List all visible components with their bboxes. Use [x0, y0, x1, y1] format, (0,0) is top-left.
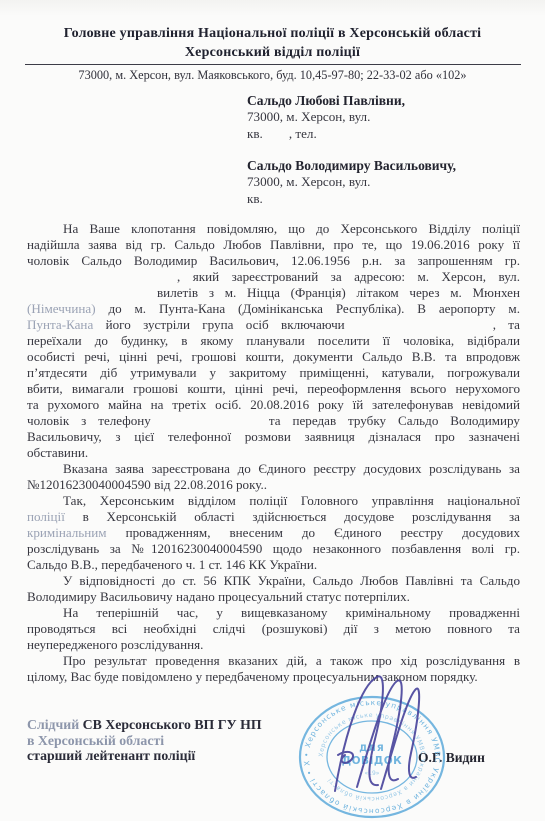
text-segment: Слідчий: [27, 717, 83, 732]
text-segment: 73000, м. Херсон, вул.: [247, 174, 370, 189]
redacted-gap: [151, 424, 269, 425]
body-line: , який зареєстрований за адресою: м. Хер…: [27, 269, 520, 285]
text-segment: У відповідності до ст. 56 КПК України, С…: [63, 573, 520, 588]
redacted-gap: [263, 137, 289, 138]
text-segment: неупередженого розслідування.: [27, 637, 203, 652]
body-line: На теперішній час, у вищевказаному кримі…: [27, 605, 520, 621]
text-segment: переїхали до будинку, в якому планували …: [27, 333, 520, 348]
signature-line: старший лейтенант поліції: [27, 748, 327, 764]
stamp-and-signature: • Херсонське міське управління УМВС Укра…: [283, 663, 469, 821]
text-segment: Сальдо В.В., передбаченого ч. 1 ст. 146 …: [27, 557, 317, 572]
text-segment: Так, Херсонським відділом поліції Головн…: [63, 493, 520, 508]
text-segment: кримінальним: [27, 525, 107, 540]
text-segment: п’ятдесяти діб утримували у закритому пр…: [27, 365, 520, 380]
paragraph: У відповідності до ст. 56 КПК України, С…: [27, 573, 520, 605]
text-segment: кв.: [247, 191, 263, 206]
paragraph: Вказана заява зареєстрована до Єдиного р…: [27, 461, 520, 493]
org-name: Головне управління Національної поліції …: [0, 24, 545, 43]
text-segment: 73000, м. Херсон, вул.: [247, 109, 370, 124]
body-line: чоловік з телефонута передав трубку Саль…: [27, 413, 520, 429]
body-line: Сальдо В.В., передбаченого ч. 1 ст. 146 …: [27, 557, 520, 573]
recipient-address-line: кв., тел.: [247, 126, 517, 143]
body-line: Пунта-Кана його зустріли група осіб вклю…: [27, 317, 520, 333]
text-segment: СВ Херсонського ВП ГУ НП: [83, 717, 262, 732]
recipient-name: Сальдо Володимиру Васильовичу,: [247, 157, 517, 174]
recipients: Сальдо Любові Павлівни,73000, м. Херсон,…: [247, 92, 517, 222]
text-segment: , який зареєстрований за адресою: м. Хер…: [177, 269, 520, 284]
recipient-address-line: 73000, м. Херсон, вул.: [247, 174, 517, 191]
recipient-name: Сальдо Любові Павлівни,: [247, 92, 517, 109]
body-line: проводяться всі необхідні слідчі (розшук…: [27, 621, 520, 637]
recipient-address-line: 73000, м. Херсон, вул.: [247, 109, 517, 126]
signature-block: Слідчий СВ Херсонського ВП ГУ НПв Херсон…: [27, 717, 327, 764]
text-segment: , та: [493, 317, 520, 332]
redacted-gap: [27, 296, 157, 297]
recipient-address-line: кв.: [247, 191, 517, 208]
paragraph: На теперішній час, у вищевказаному кримі…: [27, 605, 520, 653]
text-segment: №12016230040004590 від 22.08.2016 року..: [27, 477, 267, 492]
text-segment: проводяться всі необхідні слідчі (розшук…: [27, 621, 520, 636]
text-segment: Вказана заява зареєстрована до Єдиного р…: [63, 461, 520, 476]
text-segment: кв.: [247, 126, 263, 141]
text-segment: до м. Пунта-Кана (Домініканська Республі…: [96, 301, 520, 316]
body-line: №12016230040004590 від 22.08.2016 року..: [27, 477, 520, 493]
redacted-gap: [345, 328, 493, 329]
text-segment: Володимиру Васильовичу надано процесуаль…: [27, 589, 410, 604]
text-segment: старший лейтенант поліції: [27, 748, 195, 763]
body-line: Володимиру Васильовичу надано процесуаль…: [27, 589, 520, 605]
body-line: На Ваше клопотання повідомляю, що до Хер…: [27, 221, 520, 237]
body-line: Вказана заява зареєстрована до Єдиного р…: [27, 461, 520, 477]
text-segment: Васильовичу, з цієї телефонної розмови з…: [27, 429, 520, 444]
text-segment: в Херсонській області: [27, 733, 164, 748]
body-line: Так, Херсонським відділом поліції Головн…: [27, 493, 520, 509]
body-line: розслідувань за №12016230040004590 щодо …: [27, 541, 520, 557]
text-segment: в Херсонській області здійснюється досуд…: [65, 509, 520, 524]
division-name: Херсонський відділ поліції: [0, 43, 545, 62]
body-line: (Німеччина) до м. Пунта-Кана (Домініканс…: [27, 301, 520, 317]
text-segment: його зустріли група осіб включаючи: [93, 317, 344, 332]
text-segment: та передав трубку Сальдо Володимиру: [269, 413, 520, 428]
text-segment: Пунта-Кана: [27, 317, 93, 332]
text-segment: та рухомого майна на третіх осіб. 20.08.…: [27, 397, 520, 412]
text-segment: На Ваше клопотання повідомляю, що до Хер…: [63, 221, 520, 236]
text-segment: На теперішній час, у вищевказаному кримі…: [63, 605, 520, 620]
body-line: обставини.: [27, 445, 520, 461]
text-segment: надійшла заява від гр. Сальдо Любов Павл…: [27, 237, 520, 252]
body-line: Васильовичу, з цієї телефонної розмови з…: [27, 429, 520, 445]
text-segment: вбити, вимагали грошові кошти, цінні реч…: [27, 381, 520, 396]
text-segment: провадженням, внесеним до Єдиного реєстр…: [107, 525, 520, 540]
stamp-center-line3: «19»: [365, 770, 380, 777]
text-segment: поліції: [27, 509, 65, 524]
document-page: { "document": { "header": { "org_name": …: [0, 0, 545, 821]
text-segment: обставини.: [27, 445, 88, 460]
text-segment: чоловік з телефону: [27, 413, 151, 428]
recipient-block: Сальдо Любові Павлівни,73000, м. Херсон,…: [247, 92, 517, 142]
redacted-gap: [27, 280, 177, 281]
recipient-block: Сальдо Володимиру Васильовичу,73000, м. …: [247, 157, 517, 207]
text-segment: , тел.: [289, 126, 317, 141]
body-line: вбити, вимагали грошові кошти, цінні реч…: [27, 381, 520, 397]
body-line: поліції в Херсонській області здійснюєть…: [27, 509, 520, 525]
text-segment: особисті речі, цінні речі, грошові кошти…: [27, 349, 520, 364]
body-line: та рухомого майна на третіх осіб. 20.08.…: [27, 397, 520, 413]
org-contact-line: 73000, м. Херсон, вул. Маяковського, буд…: [0, 65, 545, 84]
letter-body: На Ваше клопотання повідомляю, що до Хер…: [27, 221, 520, 685]
signature-line: в Херсонській області: [27, 733, 327, 749]
official-stamp-icon: • Херсонське міське управління УМВС Укра…: [283, 663, 469, 821]
body-line: п’ятдесяти діб утримували у закритому пр…: [27, 365, 520, 381]
paragraph: На Ваше клопотання повідомляю, що до Хер…: [27, 221, 520, 461]
text-segment: (Німеччина): [27, 301, 96, 316]
body-line: особисті речі, цінні речі, грошові кошти…: [27, 349, 520, 365]
body-line: У відповідності до ст. 56 КПК України, С…: [27, 573, 520, 589]
body-line: вилетів з м. Ніцца (Франція) літаком чер…: [27, 285, 520, 301]
text-segment: чоловік Сальдо Володимир Васильович, 12.…: [27, 253, 520, 268]
paragraph: Так, Херсонським відділом поліції Головн…: [27, 493, 520, 573]
body-line: чоловік Сальдо Володимир Васильович, 12.…: [27, 253, 520, 269]
signature-line: Слідчий СВ Херсонського ВП ГУ НП: [27, 717, 327, 733]
body-line: неупередженого розслідування.: [27, 637, 520, 653]
text-segment: розслідувань за №12016230040004590 щодо …: [27, 541, 520, 556]
body-line: надійшла заява від гр. Сальдо Любов Павл…: [27, 237, 520, 253]
text-segment: вилетів з м. Ніцца (Франція) літаком чер…: [157, 285, 520, 300]
body-line: переїхали до будинку, в якому планували …: [27, 333, 520, 349]
letterhead: Головне управління Національної поліції …: [0, 24, 545, 84]
body-line: кримінальним провадженням, внесеним до Є…: [27, 525, 520, 541]
